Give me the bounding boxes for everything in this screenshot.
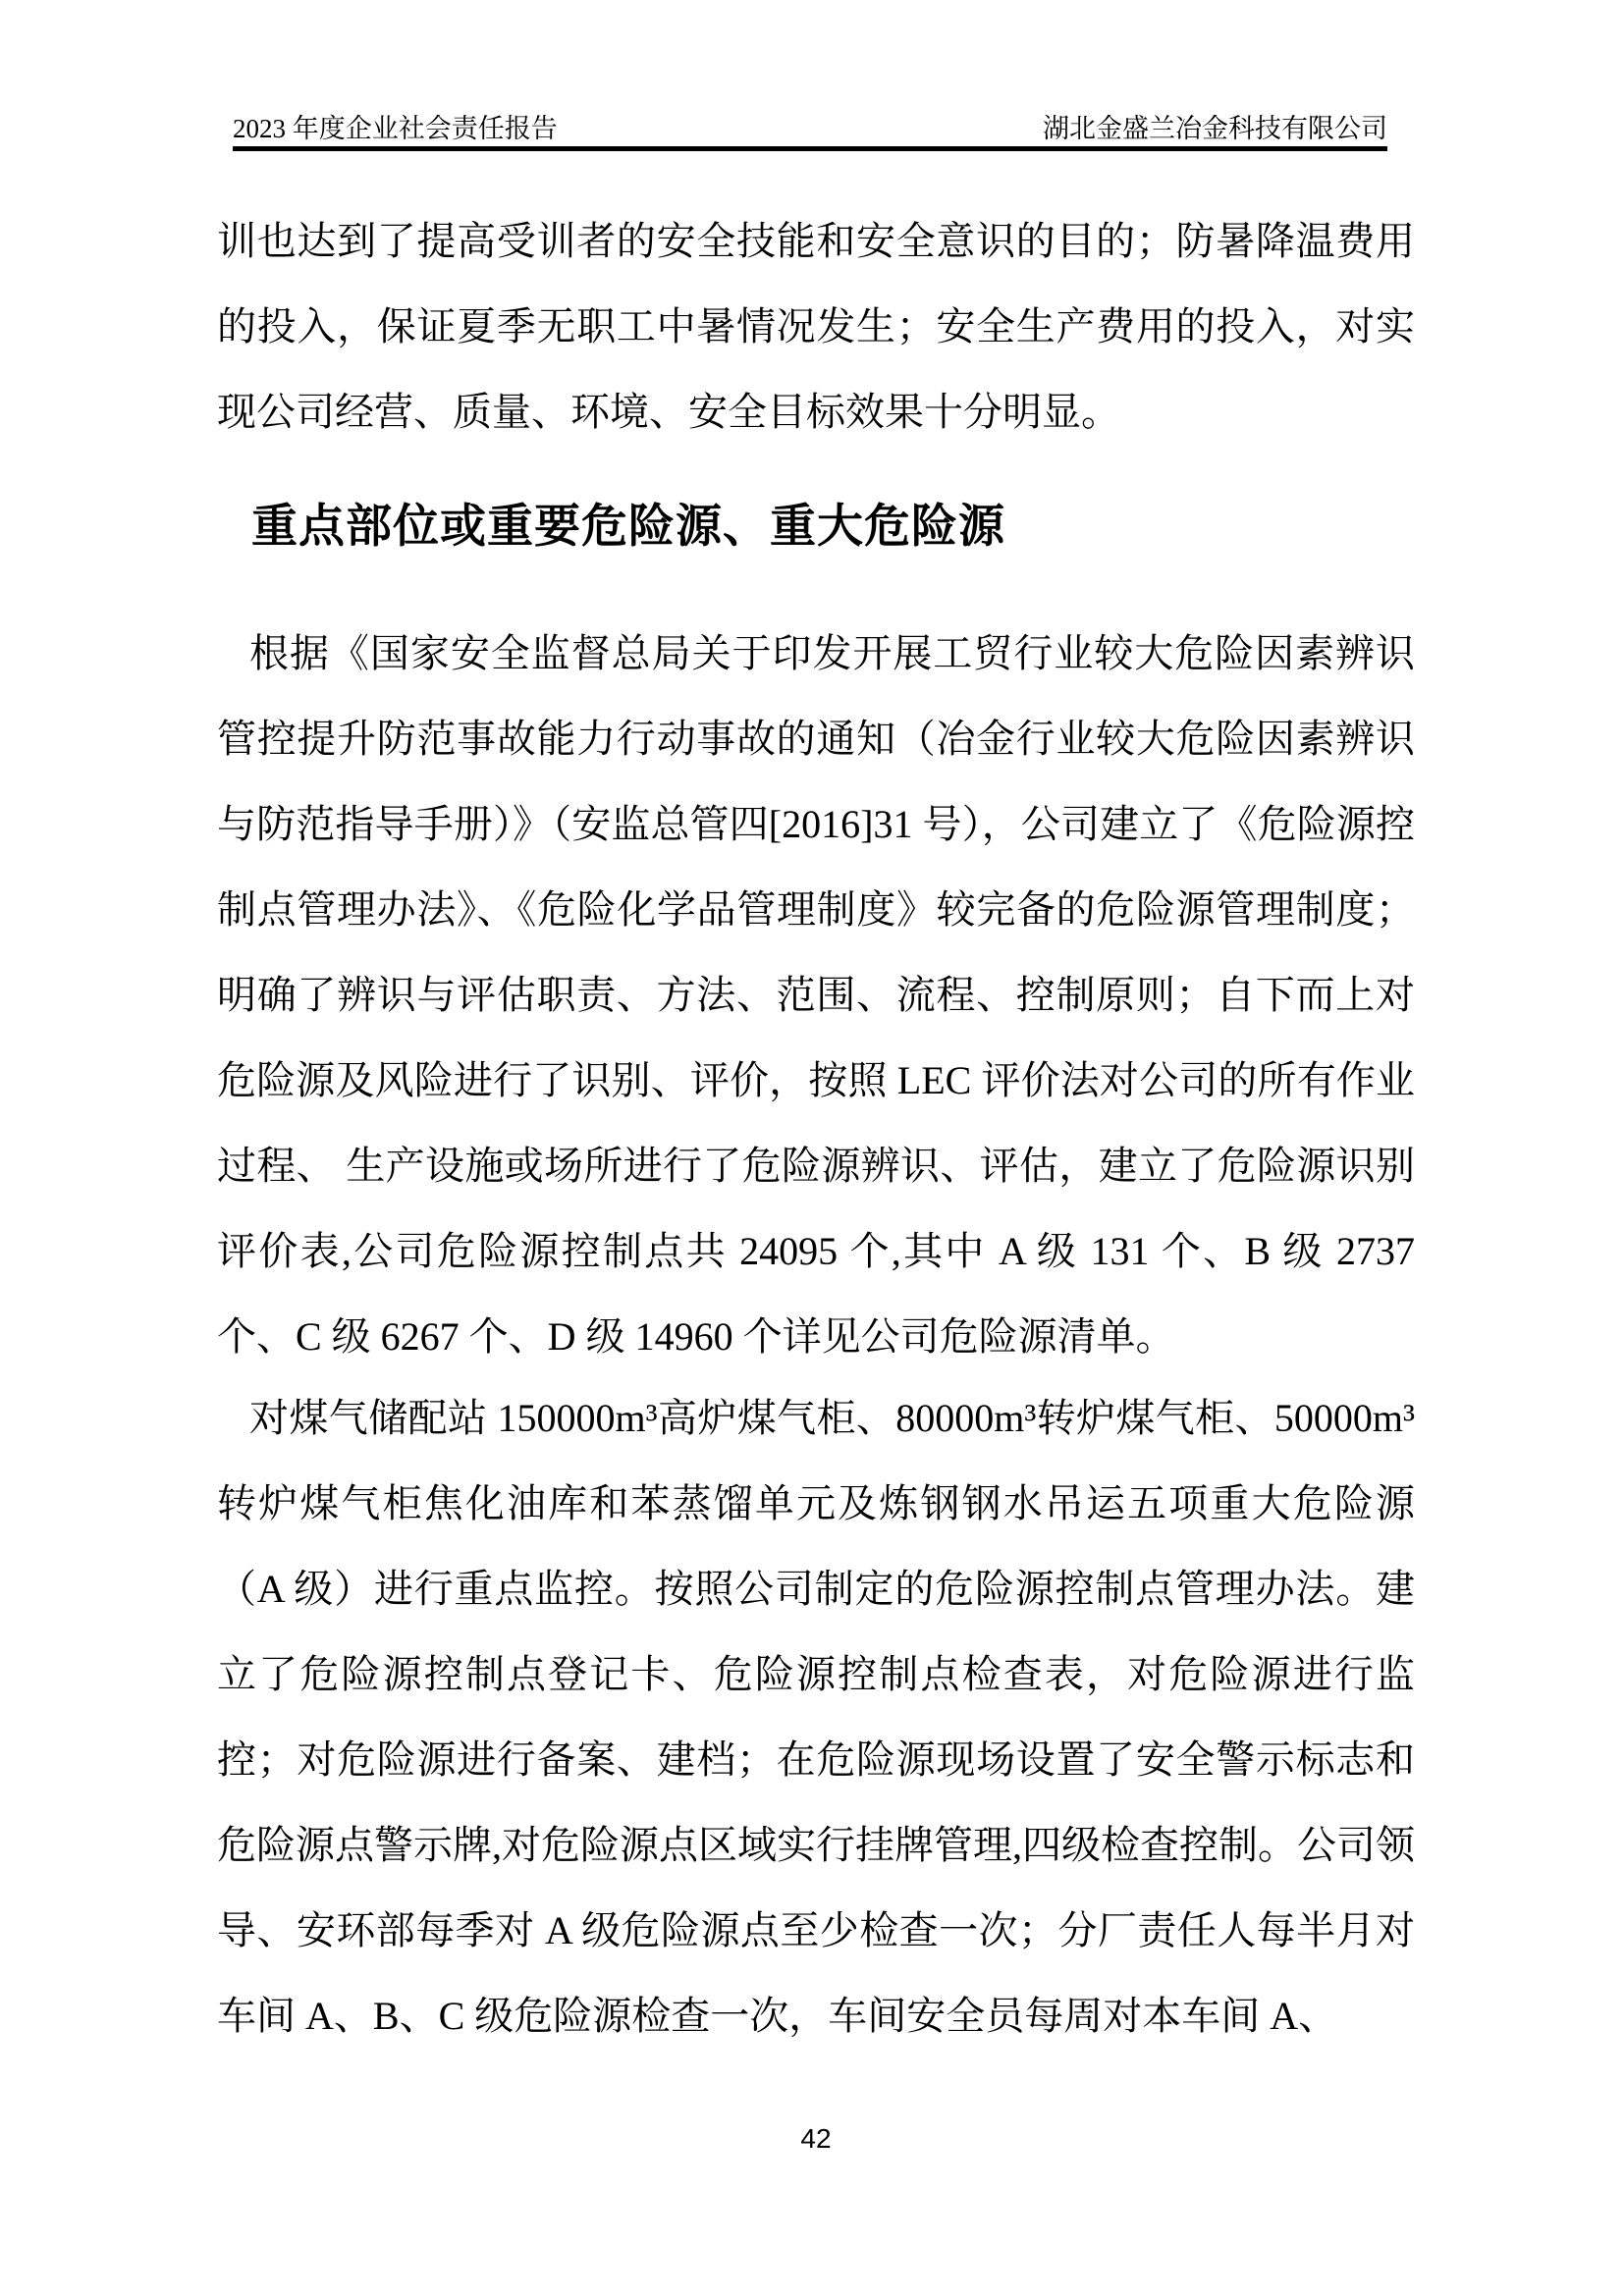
header-company-name: 湖北金盛兰冶金科技有限公司: [1043, 112, 1387, 145]
section-heading-key-hazard-sources: 重点部位或重要危险源、重大危险源: [251, 497, 1005, 556]
page-header: 2023 年度企业社会责任报告 湖北金盛兰冶金科技有限公司: [233, 112, 1387, 145]
header-report-title: 2023 年度企业社会责任报告: [233, 112, 558, 145]
paragraph-training-continued: 训也达到了提高受训者的安全技能和安全意识的目的；防暑降温费用的投入，保证夏季无职…: [217, 198, 1415, 454]
document-page: 2023 年度企业社会责任报告 湖北金盛兰冶金科技有限公司 训也达到了提高受训者…: [0, 0, 1624, 2296]
paragraph-major-hazard-monitoring: 对煤气储配站 150000m³高炉煤气柜、80000m³转炉煤气柜、50000m…: [217, 1375, 1415, 2058]
header-divider: [233, 146, 1387, 151]
page-number: 42: [217, 2122, 1415, 2156]
paragraph-hazard-identification: 根据《国家安全监督总局关于印发开展工贸行业较大危险因素辨识管控提升防范事故能力行…: [217, 611, 1415, 1379]
